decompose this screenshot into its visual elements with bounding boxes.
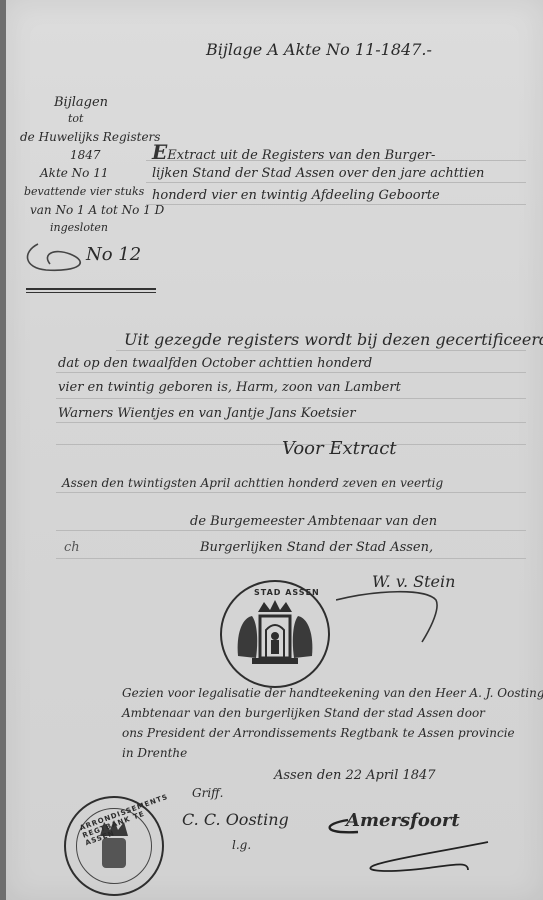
ruled-line <box>56 492 526 493</box>
record-number: No 12 <box>86 244 141 265</box>
title-line: lijken Stand der Stad Assen over den jar… <box>152 166 484 181</box>
ruled-line <box>116 350 526 351</box>
ruled-line <box>146 204 526 205</box>
title-line: EExtract uit de Registers van den Burger… <box>152 140 435 164</box>
body-line: Warners Wientjes en van Jantje Jans Koet… <box>58 406 356 421</box>
margin-mark: ch <box>64 540 80 555</box>
legalization-line: Gezien voor legalisatie der handteekenin… <box>122 686 543 700</box>
city-seal-icon: STAD ASSEN <box>220 580 330 688</box>
legalization-line: Ambtenaar van den burgerlijken Stand der… <box>122 706 485 720</box>
ruled-line <box>56 558 526 559</box>
double-rule <box>26 292 156 293</box>
ruled-line <box>146 182 526 183</box>
body-line: dat op den twaalfden October achttien ho… <box>58 356 372 371</box>
title-line: honderd vier en twintig Afdeeling Geboor… <box>152 188 440 203</box>
margin-note-line: bevattende vier stuks <box>24 185 144 198</box>
ruled-line <box>56 372 526 373</box>
header-reference: Bijlage A Akte No 11-1847.- <box>206 40 432 59</box>
body-line: Uit gezegde registers wordt bij dezen ge… <box>124 330 543 349</box>
ruled-line <box>56 422 526 423</box>
margin-note-line: Akte No 11 <box>40 166 108 180</box>
margin-note-line: ingesloten <box>50 221 108 234</box>
double-rule <box>26 288 156 290</box>
official-line: de Burgemeester Ambtenaar van den <box>190 514 437 529</box>
margin-note-line: Bijlagen <box>54 95 108 110</box>
dated-line: Assen den twintigsten April achttien hon… <box>62 476 443 490</box>
margin-note-line: de Huwelijks Registers <box>20 130 160 144</box>
signature-flourish-icon <box>336 586 456 646</box>
body-line: vier en twintig geboren is, Harm, zoon v… <box>58 380 401 395</box>
president-signature-flourish-icon <box>318 812 518 872</box>
document-page: Bijlage A Akte No 11-1847.- Bijlagen tot… <box>6 0 543 900</box>
conformity-heading: Voor Extract <box>282 438 397 459</box>
court-seal-icon: ARRONDISSEMENTS REGTBANK TE ASSEN <box>64 796 164 896</box>
official-line: Burgerlijken Stand der Stad Assen, <box>200 540 433 555</box>
legalization-line: ons President der Arrondissements Regtba… <box>122 726 515 740</box>
coat-of-arms-icon <box>230 594 320 674</box>
ruled-line <box>56 530 526 531</box>
margin-note-line: van No 1 A tot No 1 D <box>30 203 164 217</box>
griffier-label: Griff. <box>192 786 223 800</box>
margin-note-line: 1847 <box>70 148 101 162</box>
margin-note-line: tot <box>68 112 83 125</box>
ruled-line <box>56 398 526 399</box>
legalization-place-date: Assen den 22 April 1847 <box>274 768 436 783</box>
clerk-signature: C. C. Oosting <box>182 810 289 829</box>
legalization-line: in Drenthe <box>122 746 187 760</box>
clerk-suffix: l.g. <box>232 838 251 852</box>
